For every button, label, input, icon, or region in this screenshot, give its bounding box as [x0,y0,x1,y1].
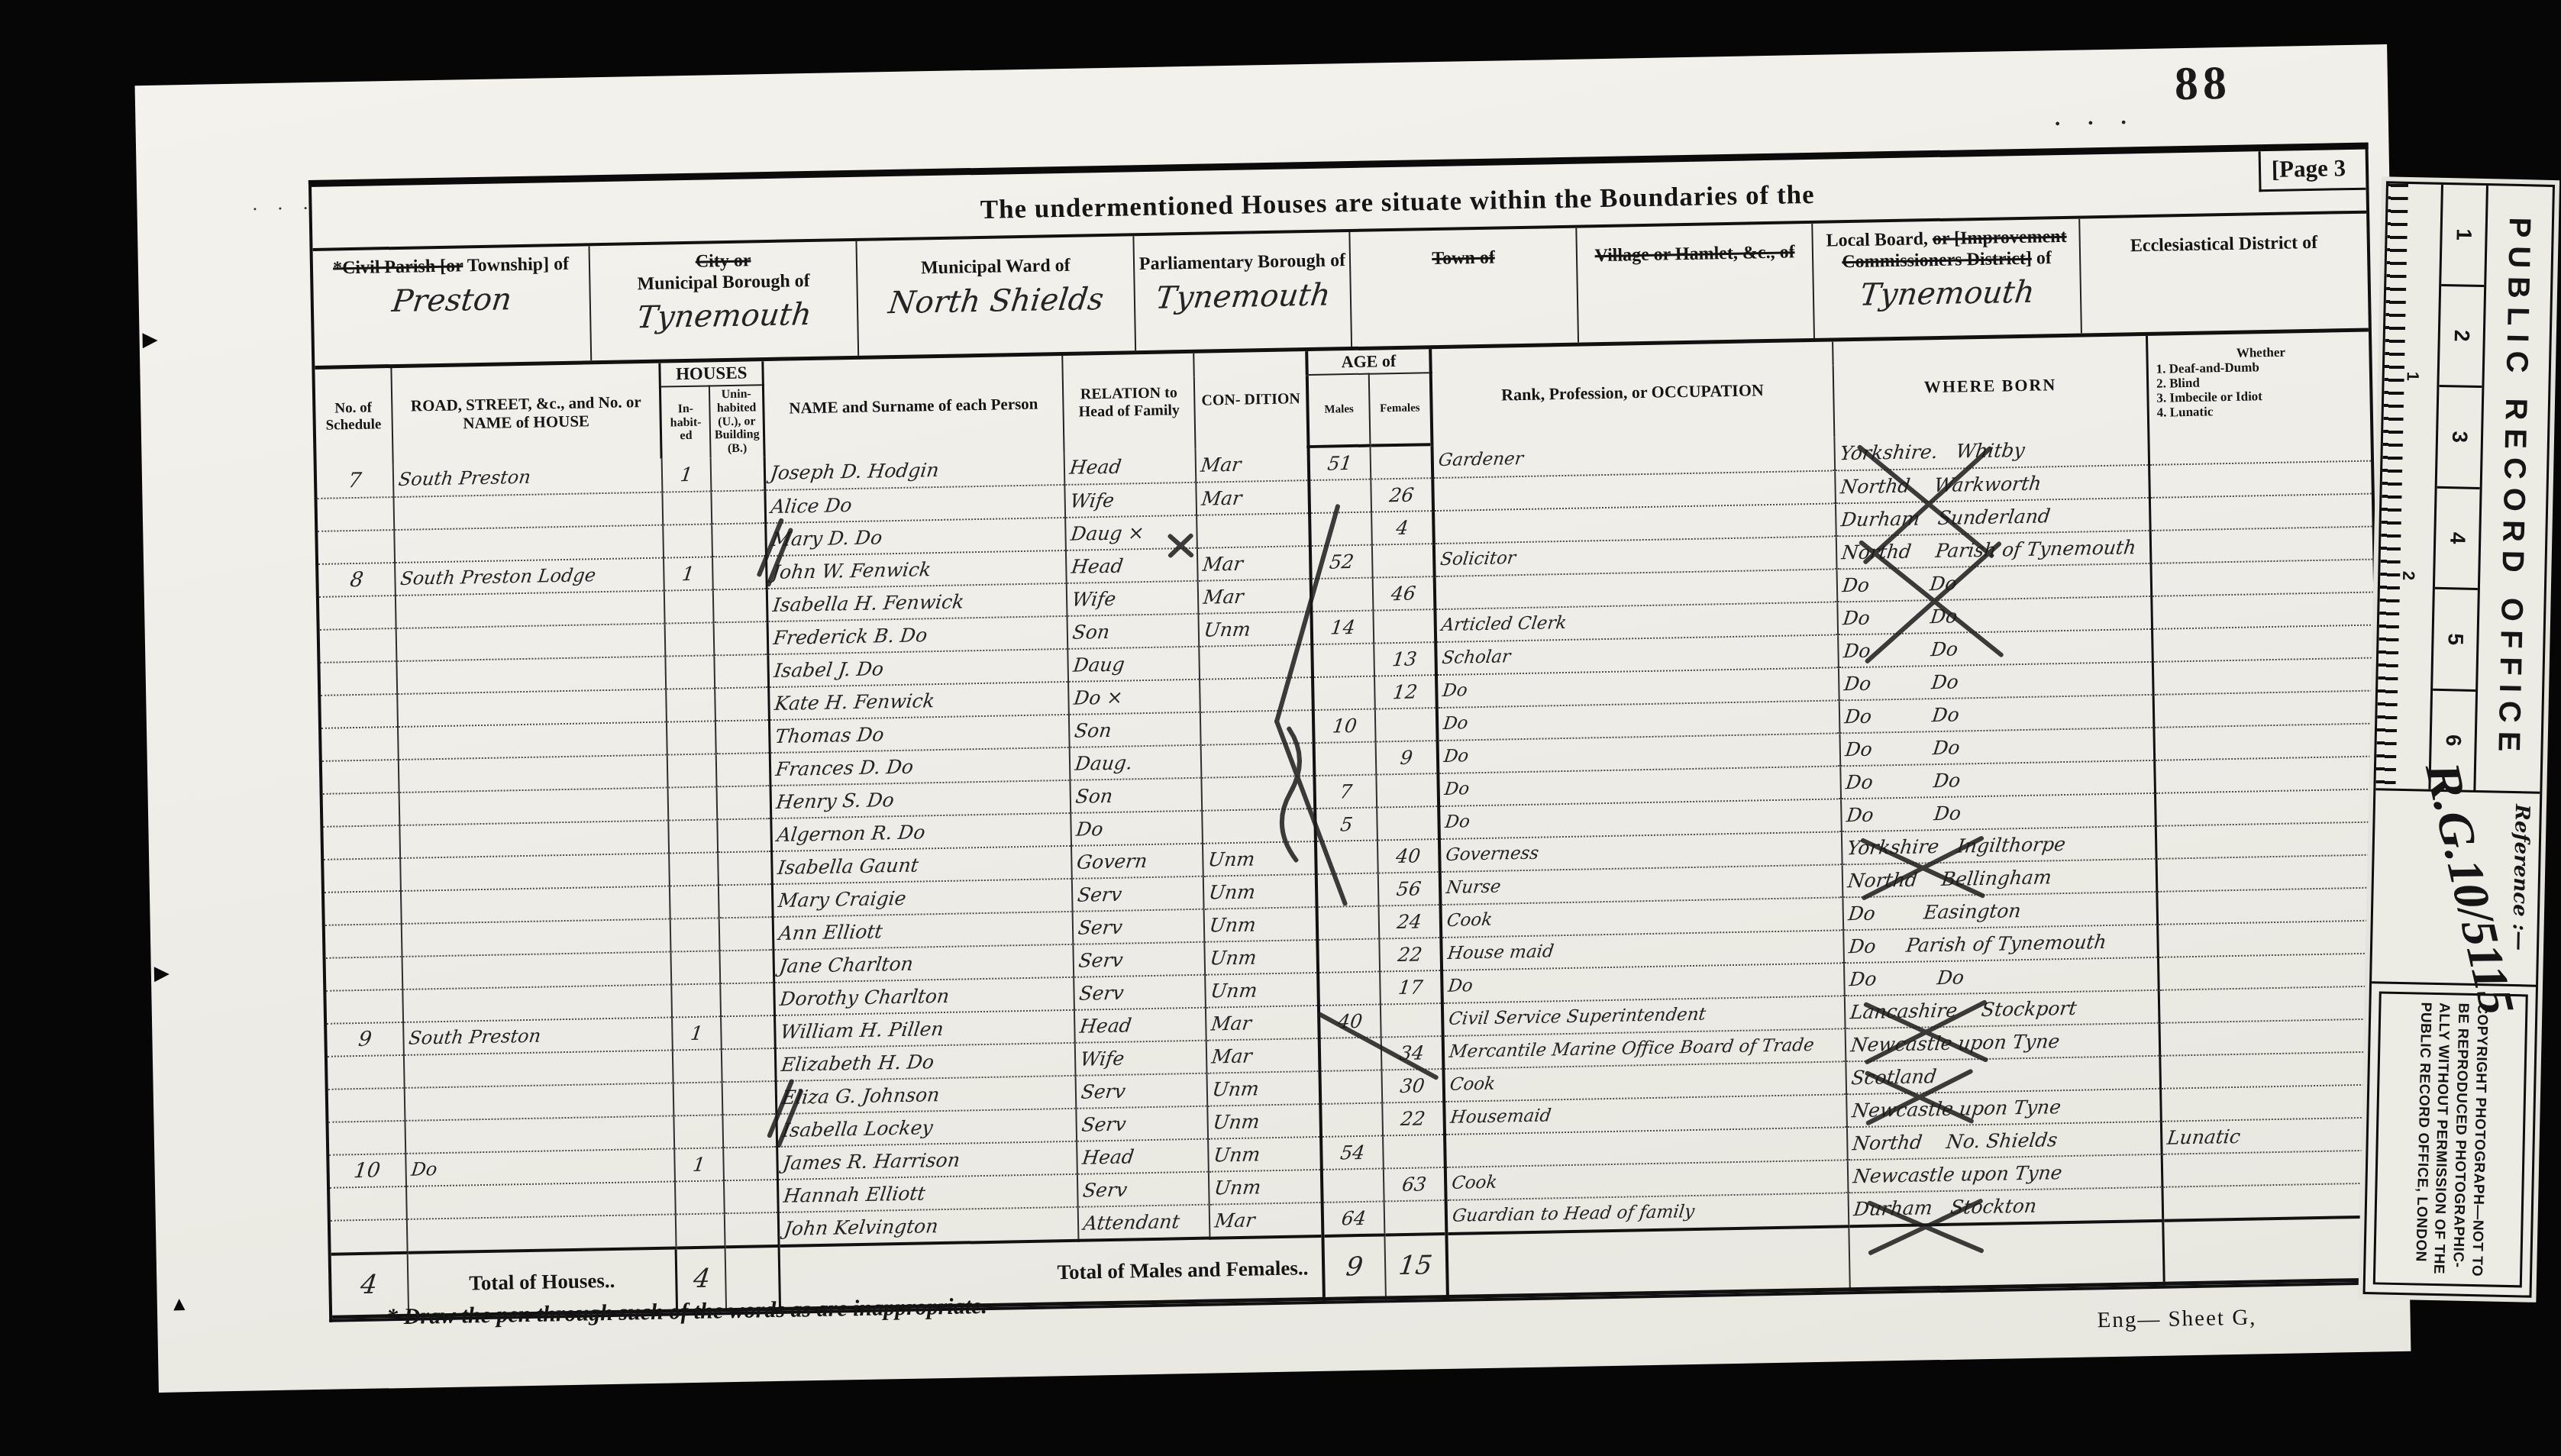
cell-uninh [714,621,768,655]
district-town: Town of [1349,228,1578,347]
cell-house [399,821,669,858]
col-header-whether: Whether 1. Deaf-and-Dumb 2. Blind 3. Imb… [2146,332,2370,432]
cell-m [1314,742,1376,776]
cell-born-text: Newcastle upon Tyne [1851,1097,2062,1120]
cell-born: Do Do [1844,957,2159,996]
cell-name-text: Ann Elliott [777,922,883,943]
cell-name-text: Mary D. Do [770,528,883,549]
district-value: Tynemouth [1858,275,2036,313]
cell-rel: Serv [1074,975,1206,1010]
cell-rel-text: Son [1071,622,1110,642]
cell-inh [664,623,714,657]
cell-cond [1202,809,1316,844]
cell-born-text: Durham Sunderland [1840,506,2052,529]
struck-label: *Civil Parish [or [333,256,463,278]
cell-occ-text: House maid [1446,944,1555,964]
cell-cond: Unm [1203,874,1317,909]
cell-cond: Mar [1197,546,1311,581]
totals-persons-label: Total of Males and Females.. [1057,1256,1308,1283]
cell-sched [330,1186,406,1221]
cell-cond [1200,677,1313,712]
ruler-box: 1 [2441,185,2486,285]
cell-inh [667,754,717,788]
col-header-uninhabited: Unin- habited (U.), or Building (B.) [709,385,764,458]
cell-name: Frances D. Do [770,747,1070,786]
cell-born: Newcastle upon Tyne [1848,1154,2162,1193]
cell-born: Yorkshire. Whitby [1834,431,2149,471]
struck-label: or [Improvement [1933,227,2067,249]
cell-cond-text: Unm [1208,882,1257,902]
cell-f-text: 63 [1401,1174,1428,1194]
cell-m: 10 [1313,709,1375,743]
cell-m-text: 54 [1339,1143,1366,1163]
cell-sched [318,530,394,564]
cell-f [1375,708,1437,741]
cell-house [403,1051,673,1088]
cell-f: 22 [1382,1102,1444,1135]
cell-inh-text: 1 [692,1154,706,1174]
margin-pen-dots: · · · [251,197,316,221]
cell-f-text: 46 [1390,583,1416,603]
cell-f: 12 [1374,675,1436,709]
cell-inh [669,853,719,886]
cell-rel: Attendant [1078,1205,1210,1241]
district-local-board: Local Board, or [Improvement Commissione… [1812,219,2081,338]
cell-occ-text: Do [1444,814,1471,832]
cell-note [2157,888,2379,925]
district-ecclesiastical: Ecclesiastical District of [2079,214,2369,334]
cell-occ-text: Cook [1450,1174,1497,1193]
cell-note [2149,428,2371,465]
cell-inh [663,525,712,558]
cell-born-text: Do Do [1845,770,1962,792]
cell-sched [320,661,396,696]
cell-uninh [712,523,767,557]
cell-f-text: 26 [1388,485,1415,505]
cell-occ-text: Housemaid [1449,1108,1552,1127]
col-header-inhabited: In- habit- ed [660,386,711,459]
cell-uninh [711,457,765,491]
cell-note [2159,1019,2382,1056]
col-header-relation: RELATION to Head of Family [1062,354,1195,451]
cell-name-text: Frederick B. Do [772,625,928,647]
cell-inh: 1 [674,1148,724,1182]
cell-rel-text: Serv [1077,917,1124,937]
cell-name: Algernon R. Do [771,813,1071,851]
cell-cond-text: Unm [1213,1144,1261,1164]
pen-dots: · · · [2052,104,2136,141]
cell-f: 30 [1381,1069,1443,1102]
cell-f-text: 4 [1395,518,1410,537]
cell-name-text: Eliza G. Johnson [780,1085,941,1107]
cell-rel: Serv [1073,909,1205,944]
cell-cond-text: Unm [1209,980,1258,1000]
cell-rel-text: Serv [1078,983,1125,1002]
cell-inh [673,1050,722,1083]
cell-rel-text: Govern [1076,851,1148,872]
cell-m-text: 64 [1341,1209,1368,1228]
cell-born: Lancashire Stockport [1845,990,2159,1029]
cell-sched [326,989,402,1024]
cell-cond-text: Unm [1209,915,1258,935]
cell-name: Hannah Elliott [777,1174,1077,1212]
cell-sched [328,1055,404,1090]
cell-born: Do Do [1839,662,2153,701]
cell-f [1370,444,1432,479]
cell-cond: Unm [1204,907,1318,942]
cell-born: Do Do [1840,760,2155,799]
cell-f-text: 13 [1391,649,1418,669]
cell-name-text: Hannah Elliott [783,1183,926,1205]
cell-house: South Preston Lodge [395,558,664,596]
cell-sched [324,858,400,893]
cell-house [397,689,667,727]
cell-name-text: Dorothy Charlton [779,986,951,1009]
cell-rel-text: Daug × [1070,523,1145,544]
cell-f-text: 30 [1399,1076,1426,1096]
cell-name: Isabella Gaunt [771,846,1071,884]
cell-uninh [723,1114,777,1148]
totals-houses-value: 4 [692,1266,712,1292]
cell-born: Durham Sunderland [1836,498,2150,537]
cell-cond-text: Unm [1212,1112,1261,1132]
margin-arrow-mark: ▶ [142,328,158,351]
cell-m-text: 52 [1329,552,1355,572]
cell-uninh [712,556,767,589]
cell-house [404,1083,673,1121]
cell-inh [668,820,718,854]
cell-born: Do Do [1839,728,2154,767]
cell-f: 46 [1373,576,1435,610]
cell-born-text: Northd Parish of Tynemouth [1840,538,2136,562]
district-township: *Civil Parish [or Township] of Preston [313,246,591,366]
cell-m [1316,873,1378,907]
cell-rel: Head [1077,1139,1209,1174]
cell-born: Do Easington [1842,892,2157,931]
cell-note [2159,986,2381,1023]
cell-name-text: Thomas Do [774,725,885,746]
cell-house [395,591,664,628]
cell-inh [676,1214,725,1248]
cell-f [1384,1200,1446,1235]
cell-m: 5 [1315,808,1377,841]
cell-cond: Unm [1209,1170,1322,1205]
cell-name-text: Algernon R. Do [776,822,926,844]
cell-uninh [720,950,774,983]
cell-born-text: Do Do [1849,967,1965,989]
cell-rel-text: Serv [1080,1081,1127,1101]
cell-inh: 1 [662,458,712,492]
cell-m [1310,512,1371,546]
margin-arrow-mark: ▲ [170,1293,189,1316]
cell-born-text: Do Do [1844,738,1961,759]
cell-house [400,854,670,891]
cell-sched-text: 7 [347,470,362,491]
cell-f: 9 [1375,741,1437,774]
col-header-houses-group: HOUSES [660,361,763,386]
cell-cond: Unm [1199,612,1313,647]
cell-m-text: 51 [1327,454,1354,473]
ruler-cm-label: 1 [2403,371,2423,381]
cell-note [2162,1183,2385,1221]
cell-rel: Daug × [1065,515,1197,550]
cell-inh [667,722,716,755]
district-value: Tynemouth [635,297,813,335]
cell-name-text: Elizabeth H. Do [780,1052,935,1074]
pro-stamp-card: PUBLIC RECORD OFFICE 1 2 3 4 5 6 1 2 Ref… [2388,185,2556,1299]
totals-females-value: 15 [1397,1253,1433,1280]
cell-f-text: 34 [1398,1043,1425,1063]
struck-label: Commissioners District] [1842,248,2032,272]
cell-uninh [724,1180,778,1213]
cell-note [2149,494,2372,531]
cell-note [2155,757,2377,793]
cell-born-text: Do Do [1843,672,1960,693]
cell-f: 4 [1371,511,1433,544]
cell-born: Newcastle upon Tyne [1846,1089,2161,1128]
cell-note [2156,822,2378,859]
cell-born: Do Do [1841,793,2156,832]
cell-sched [321,694,397,728]
cell-uninh [715,687,770,721]
cell-born: Northd No. Shields [1847,1122,2162,1161]
cell-cond: Mar [1209,1203,1323,1238]
cell-rel-text: Wife [1080,1048,1125,1068]
cell-born-text: Newcastle upon Tyne [1852,1163,2063,1186]
cell-name: James R. Harrison [777,1141,1077,1180]
ruler-cm-label: 2 [2398,571,2418,581]
cell-name-text: Kate H. Fenwick [773,691,936,713]
cell-occ-text: Civil Service Superintendent [1447,1006,1706,1028]
cell-cond-text: Mar [1202,554,1245,573]
totals-empty [2163,1217,2386,1284]
struck-label: Village or Hamlet, &c., of [1594,242,1794,266]
cell-occ-text: Cook [1445,912,1493,930]
cell-name-text: Isabel J. Do [773,659,884,680]
cell-m [1322,1169,1384,1203]
cell-uninh [718,818,772,852]
cell-inh: 1 [664,557,713,591]
cell-rel-text: Attendant [1083,1212,1181,1232]
cell-f: 24 [1378,905,1440,938]
cell-occ-text: Do [1442,715,1468,734]
cell-name: Henry S. Do [770,780,1071,818]
whether-item: 4. Lunatic [2157,402,2367,420]
margin-arrow-mark: ▶ [154,962,170,985]
cell-name: Thomas Do [769,715,1069,753]
cell-occ-text: Governess [1445,845,1540,864]
cell-born: Do Parish of Tynemouth [1843,925,2158,964]
cell-m-text: 7 [1339,782,1353,801]
cell-m: 54 [1321,1136,1383,1170]
cell-house: Do [405,1149,675,1186]
cell-uninh [725,1212,779,1247]
cell-note [2150,527,2372,563]
cell-rel-text: Head [1081,1147,1135,1167]
cell-rel-text: Son [1074,786,1113,806]
cell-born-text: Northd Warkworth [1839,473,2043,496]
cell-rel: Serv [1076,1073,1208,1109]
cell-m [1317,906,1379,940]
cell-name-text: Alice Do [770,496,853,516]
reference-label: Reference :— [2508,804,2534,951]
totals-schedule-value: 4 [360,1272,379,1298]
cell-rel-text: Son [1074,721,1113,741]
district-label: Parliamentary Borough of [1139,250,1346,274]
cell-rel: Head [1066,548,1198,583]
cell-uninh [719,884,773,918]
col-header-name: NAME and Surname of each Person [763,356,1064,457]
cell-house [399,788,668,825]
district-label: Ecclesiastical District of [2130,233,2318,256]
cell-f: 17 [1380,970,1442,1004]
district-value: North Shields [886,282,1106,321]
cell-note [2152,592,2374,629]
cell-house [393,492,663,530]
cell-born: Do Do [1836,563,2151,602]
cell-house: South Preston [392,459,662,497]
pro-card-body: PUBLIC RECORD OFFICE 1 2 3 4 5 6 1 2 Ref… [2363,181,2555,1297]
cell-uninh [715,654,769,688]
cell-name-text: Jane Charlton [778,954,914,975]
cell-sched [325,891,401,925]
cell-cond-text: Mar [1200,454,1243,474]
cell-f: 26 [1371,478,1432,512]
struck-label: Town of [1432,248,1495,270]
cell-sched [328,1088,405,1122]
cell-occ-text: Do [1442,748,1469,767]
cell-born: Do Do [1837,596,2152,635]
cell-rel-text: Serv [1080,1114,1127,1134]
ruler-box: 2 [2439,283,2484,386]
cell-name: John Kelvington [778,1207,1078,1246]
cell-occ-text: Do [1447,978,1474,996]
cell-f-text: 12 [1392,682,1419,702]
district-municipal-borough: City orMunicipal Borough of Tynemouth [589,241,858,360]
cell-occ-text: Mercantile Marine Office Board of Trade [1448,1037,1814,1061]
ruler-box: 5 [2433,587,2478,689]
district-label: Municipal Ward of [921,256,1071,279]
cell-cond-text: Mar [1210,1013,1253,1033]
cell-cond: Mar [1206,1006,1319,1041]
cell-sched [321,727,398,761]
census-form: The undermentioned Houses are situate wi… [308,143,2389,1322]
cell-cond [1197,513,1310,548]
cell-cond [1200,710,1314,745]
cell-name-text: John W. Fenwick [771,560,932,582]
cell-occ-text: Solicitor [1439,550,1516,569]
cell-house [405,1116,674,1154]
cell-sched [322,760,399,794]
cell-rel: Serv [1074,942,1206,977]
cell-f [1383,1135,1445,1168]
cell-rel-text: Do × [1073,687,1124,707]
cell-m-text: 10 [1332,716,1358,736]
col-header-schedule: No. of Schedule [315,368,392,465]
district-label: Township] of [463,254,569,276]
cell-inh [671,984,721,1018]
cell-rel-text: Serv [1077,950,1124,970]
cell-rel-text: Daug [1072,654,1125,674]
cell-sched-text: 9 [357,1029,373,1050]
cell-rel: Son [1067,614,1200,649]
cell-rel: Son [1069,712,1201,747]
cell-uninh [724,1147,778,1180]
cell-name-text: James R. Harrison [782,1150,961,1172]
district-village-hamlet: Village or Hamlet, &c., of [1575,224,1813,343]
cell-sched: 10 [329,1154,405,1188]
cell-sched [323,793,399,827]
cell-born-text: Do Do [1842,606,1959,628]
cell-cond: Unm [1207,1071,1321,1106]
cell-inh-text: 1 [689,1023,704,1042]
cell-rel: Head [1074,1008,1206,1043]
census-table: No. of Schedule ROAD, STREET, &c., and N… [315,332,2385,1319]
cell-uninh [719,851,773,885]
cell-note: Lunatic [2161,1118,2383,1154]
cell-m-text: 14 [1329,618,1356,638]
col-header-occupation: Rank, Profession, or OCCUPATION [1430,341,1834,444]
cell-cond: Mar [1196,447,1310,483]
cell-house [406,1215,676,1253]
cell-born-text: Do Easington [1847,901,2022,923]
cell-born: Yorkshire Ingilthorpe [1842,826,2156,865]
cell-rel-text: Head [1069,457,1123,476]
cell-name-text: Frances D. Do [774,757,914,778]
cell-m: 51 [1309,446,1371,480]
cell-sched [328,1121,405,1155]
cell-f-text: 22 [1400,1109,1426,1128]
cell-uninh [721,983,775,1016]
cell-born-text: Yorkshire Ingilthorpe [1846,835,2067,857]
cell-sched: 9 [327,1022,403,1057]
totals-females-cell: 15 [1384,1234,1447,1298]
cell-cond-text: Mar [1211,1046,1254,1066]
cell-cond: Mar [1198,579,1312,614]
ruler-box: 4 [2435,486,2480,588]
district-parliamentary-borough: Parliamentary Borough of Tynemouth [1133,232,1352,350]
cell-f-text: 22 [1397,944,1423,964]
cell-born: Northd Parish of Tynemouth [1836,531,2151,570]
cell-house [402,985,672,1022]
cell-sched [331,1219,407,1254]
cell-f [1377,806,1439,840]
totals-empty [1849,1221,2164,1290]
cell-inh [673,1115,723,1149]
cell-m: 52 [1310,545,1372,579]
form-title: The undermentioned Houses are situate wi… [980,179,1815,225]
cell-house-text: Do [410,1160,438,1179]
pro-reference-section: Reference :— R.G.10/5115 [2372,790,2540,986]
cell-occ-text: Guardian to Head of family [1451,1203,1695,1225]
cell-f: 13 [1374,642,1436,676]
cell-uninh [713,589,767,622]
cell-inh [670,886,719,919]
cell-rel-text: Wife [1069,491,1115,511]
cell-name: Elizabeth H. Do [775,1043,1075,1081]
cell-m [1320,1070,1382,1104]
cell-uninh [719,917,773,951]
cell-name: Frederick B. Do [767,616,1067,654]
cell-born-text: Lancashire Stockport [1849,999,2077,1022]
cell-note [2153,691,2375,728]
cell-note [2162,1151,2384,1187]
col-header-road: ROAD, STREET, &c., and No. or NAME of HO… [391,363,662,464]
cell-m: 64 [1322,1202,1384,1236]
district-municipal-ward: Municipal Ward of North Shields [856,236,1135,356]
cell-inh [670,951,720,985]
cell-born: Newcastle upon Tyne [1845,1023,2159,1062]
